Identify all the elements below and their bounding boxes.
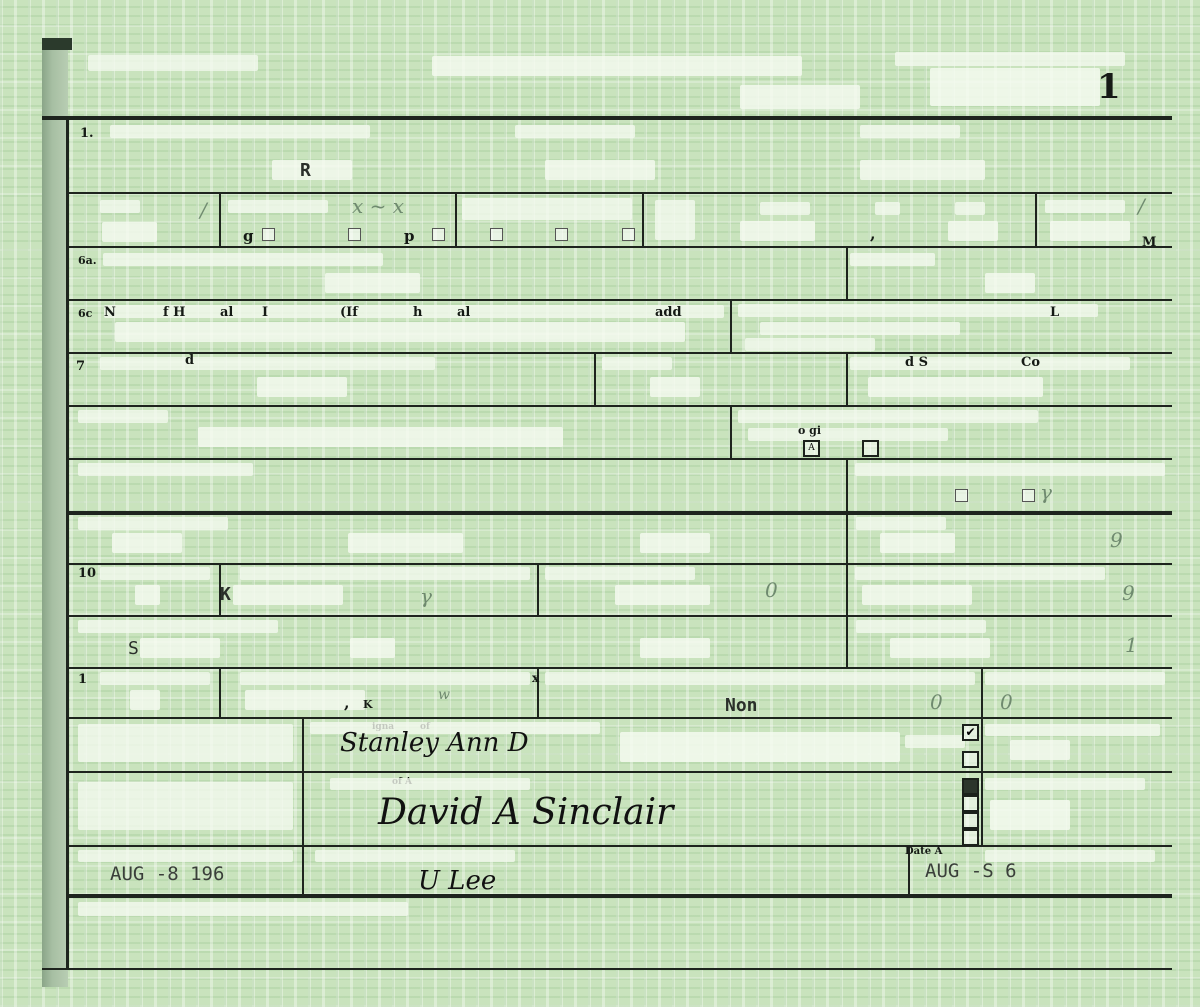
informant-certification-text (78, 724, 293, 762)
field-label-birth-order (462, 198, 632, 220)
field-label-sex (100, 200, 140, 213)
field-label-father-occupation (545, 567, 695, 580)
row-divider-thick (66, 511, 1172, 515)
pencil-mark: w (438, 688, 450, 702)
cell-divider (594, 352, 596, 405)
checkbox-1st[interactable] (490, 228, 503, 241)
field-label-date-last-worked (985, 672, 1165, 685)
residence-city-value (257, 377, 347, 397)
row-divider (66, 667, 1172, 669)
field-label-date-accepted (78, 850, 293, 862)
hospital-name-value (115, 322, 685, 342)
pencil-mark: 0 (765, 580, 778, 600)
field-label-father-race (856, 517, 946, 530)
field-label-father-age (100, 567, 210, 580)
field-label-registrar-signature (315, 850, 515, 862)
checkbox-farm-yes[interactable] (955, 489, 968, 502)
sex-value (102, 222, 157, 242)
checkbox-twin[interactable] (348, 228, 361, 241)
field-label-street-address (78, 410, 168, 423)
child-middle-name (545, 160, 655, 180)
field-label-kind-of-business (855, 567, 1105, 580)
overlay-text: o gi (798, 425, 821, 436)
field-label-birth-date (655, 200, 695, 240)
birth-month-value (740, 221, 815, 241)
inside-limits-glyph: L (1050, 306, 1059, 319)
mother-age-value (130, 690, 160, 710)
cell-divider (302, 717, 304, 894)
checkbox-do[interactable] (962, 795, 979, 812)
father-business-value (862, 585, 972, 605)
checkbox-farm-no[interactable] (1022, 489, 1035, 502)
inside-limits-subtext (760, 322, 960, 335)
pencil-mark: 9 (1122, 583, 1135, 603)
pencil-mark: 1 (1125, 635, 1138, 655)
field-label-mother-maiden-name (78, 620, 278, 633)
informant-signature-faded (620, 732, 900, 762)
row-divider (66, 717, 1172, 719)
stamp-date-accepted: AUG -8 196 (110, 865, 224, 884)
checkbox-md[interactable] (962, 778, 979, 795)
residence-glyph-d: d (185, 354, 194, 367)
cell-divider (981, 667, 983, 717)
cell-divider (642, 193, 644, 246)
field-label-child-name (110, 125, 370, 138)
checkbox-3rd[interactable] (622, 228, 635, 241)
checkbox-midwife[interactable] (962, 812, 979, 829)
birth-hour-value (1050, 221, 1130, 241)
label-parent (905, 735, 965, 748)
row-number-7: 7 (76, 360, 85, 373)
hospital-label-glyph: I (262, 306, 268, 319)
checkbox-triplet[interactable] (432, 228, 445, 241)
checkbox-other-2[interactable] (962, 829, 979, 846)
island-value (985, 273, 1035, 293)
residence-island-value (650, 377, 700, 397)
informant-signature: Stanley Ann D (340, 730, 529, 756)
cell-divider (846, 352, 848, 405)
field-label-hour (1045, 200, 1125, 213)
inside-limits-yes-no (745, 338, 875, 351)
child-last-name (860, 160, 985, 180)
registrar-signature: U Lee (418, 868, 496, 894)
attendant-signature: David A Sinclair (378, 795, 673, 831)
stamp-date-registrar: AUG -S 6 (925, 862, 1017, 881)
row-number-6c: 6c (78, 308, 92, 319)
field-label-place-of-birth (103, 253, 383, 266)
birthplace-comma: , (344, 695, 350, 711)
field-label-mother-race (856, 620, 986, 633)
place-of-birth-value (325, 273, 420, 293)
mother-first-name (140, 638, 220, 658)
cell-divider (537, 563, 539, 615)
cell-divider (846, 511, 848, 667)
birth-year-value (948, 221, 998, 241)
row-divider-top (42, 116, 1172, 120)
father-age-value (135, 585, 160, 605)
cell-divider (846, 246, 848, 299)
pencil-mark-x: x ~ x (352, 196, 404, 216)
hospital-label-glyph: (If (340, 306, 358, 319)
mother-race-value (890, 638, 990, 658)
field-label-residence-inside-limits (738, 410, 1038, 423)
birth-type-glyph-g: g (243, 229, 254, 244)
field-label-day (875, 202, 900, 215)
header-department (895, 52, 1125, 66)
mother-last-name (640, 638, 710, 658)
certificate-number-box (930, 68, 1100, 106)
date-signed-value-2 (990, 800, 1070, 830)
row-number-1: 1. (80, 127, 94, 140)
checkbox-other-1[interactable] (962, 751, 979, 768)
pencil-mark: / (1138, 196, 1145, 216)
hospital-label-glyph: al (220, 306, 233, 319)
row-divider (66, 615, 1172, 617)
header-title (432, 56, 802, 76)
cell-divider (730, 405, 732, 458)
field-label-month (760, 202, 810, 215)
field-label-attendant-signature (330, 778, 530, 790)
child-first-name (272, 160, 352, 180)
father-occupation-value (615, 585, 710, 605)
field-label-father-name (78, 517, 228, 530)
mother-middle-name (350, 638, 395, 658)
row-number-10: 10 (78, 567, 96, 580)
field-label-date-signed-2 (985, 778, 1145, 790)
field-label-mother-age (100, 672, 210, 685)
field-label-mother-occupation (545, 672, 975, 685)
cell-divider (219, 193, 221, 246)
father-middle-name (348, 533, 463, 553)
county-state-glyph: d S (905, 356, 928, 369)
date-comma: , (870, 226, 876, 242)
pencil-mark: / (200, 200, 207, 220)
pencil-mark: γ (1040, 482, 1052, 502)
checkbox-single[interactable] (262, 228, 275, 241)
hour-meridiem: M (1142, 236, 1156, 249)
hospital-label-glyph: N (104, 306, 116, 319)
cell-divider (1035, 193, 1037, 246)
row-number-15: 1 (78, 673, 87, 686)
field-label-year (955, 202, 985, 215)
field-label-mother-birthplace (240, 672, 530, 685)
binding-corner (42, 38, 72, 50)
mother-birthplace-glyph: K (363, 699, 373, 710)
checkbox-parent[interactable]: ✔ (962, 724, 979, 741)
row-divider (66, 246, 1172, 248)
mother-first-name-glyph: S (128, 640, 139, 658)
row-divider (66, 352, 1172, 354)
checkbox-2nd[interactable] (555, 228, 568, 241)
cell-divider (846, 458, 848, 513)
checkbox-residence-yes[interactable]: A (803, 440, 820, 457)
street-address-value (198, 427, 563, 447)
county-state-glyph: Co (1021, 356, 1040, 369)
row-divider-thick (66, 894, 1172, 898)
header-state-label (88, 55, 258, 71)
cell-divider (730, 299, 732, 352)
father-first-name (112, 533, 182, 553)
cell-divider (981, 717, 983, 845)
father-last-name (640, 533, 710, 553)
hospital-label-glyph: add (655, 306, 682, 319)
field-label-usual-residence (100, 357, 435, 370)
pencil-mark: 0 (1000, 692, 1013, 712)
mother-occupation-value: Non (725, 697, 758, 715)
header-sub-number (740, 85, 860, 109)
attendant-certification-text (78, 782, 293, 830)
row-number-6a: 6a. (78, 255, 97, 266)
field-label-father-birthplace (240, 567, 530, 580)
field-label-date-signed (985, 724, 1160, 736)
birth-type-glyph-p: p (404, 229, 415, 244)
field-label-last-name (860, 125, 960, 138)
pencil-mark: γ (420, 586, 432, 606)
field-label-county-state (850, 357, 1130, 370)
hospital-label-glyph: al (457, 306, 470, 319)
child-first-name-glyph: R (300, 162, 311, 180)
checkbox-residence-no[interactable] (862, 440, 879, 457)
residence-county-value (868, 377, 1043, 397)
field-label-evidence-for-delayed-filing (78, 902, 408, 916)
field-label-mother-mailing-address (78, 463, 253, 476)
row-divider (66, 405, 1172, 407)
row-divider (66, 845, 1172, 847)
father-race-value (880, 533, 955, 553)
pencil-mark: 9 (1110, 530, 1123, 550)
binding-edge (42, 42, 68, 987)
row-divider (66, 563, 1172, 565)
pencil-mark: 0 (930, 692, 943, 712)
certificate-number-digit: 1 (1097, 70, 1121, 104)
field-label-island-2 (602, 357, 672, 370)
field-label-inside-city-limits (738, 304, 1098, 317)
row-divider (66, 192, 1172, 194)
cell-divider (455, 193, 457, 246)
field-label-island (850, 253, 935, 266)
hospital-label-glyph: h (413, 306, 422, 319)
father-birthplace-value (233, 585, 343, 605)
date-accepted-label: Date A (905, 847, 942, 857)
residence-inside-limits-subtext (748, 428, 948, 441)
date-signed-value (1010, 740, 1070, 760)
row-divider (66, 771, 1172, 773)
field-label-middle-name (515, 125, 635, 138)
cell-divider (219, 667, 221, 717)
row-divider (66, 299, 1172, 301)
father-birthplace-glyph: K (220, 586, 231, 604)
row-divider-bottom (42, 968, 1172, 970)
field-label-residence-on-farm (855, 463, 1165, 476)
row-divider (66, 458, 1172, 460)
field-label-birth-type (228, 200, 328, 213)
hospital-label-glyph: f H (163, 306, 185, 319)
row15-glyph-x: x (532, 672, 539, 684)
